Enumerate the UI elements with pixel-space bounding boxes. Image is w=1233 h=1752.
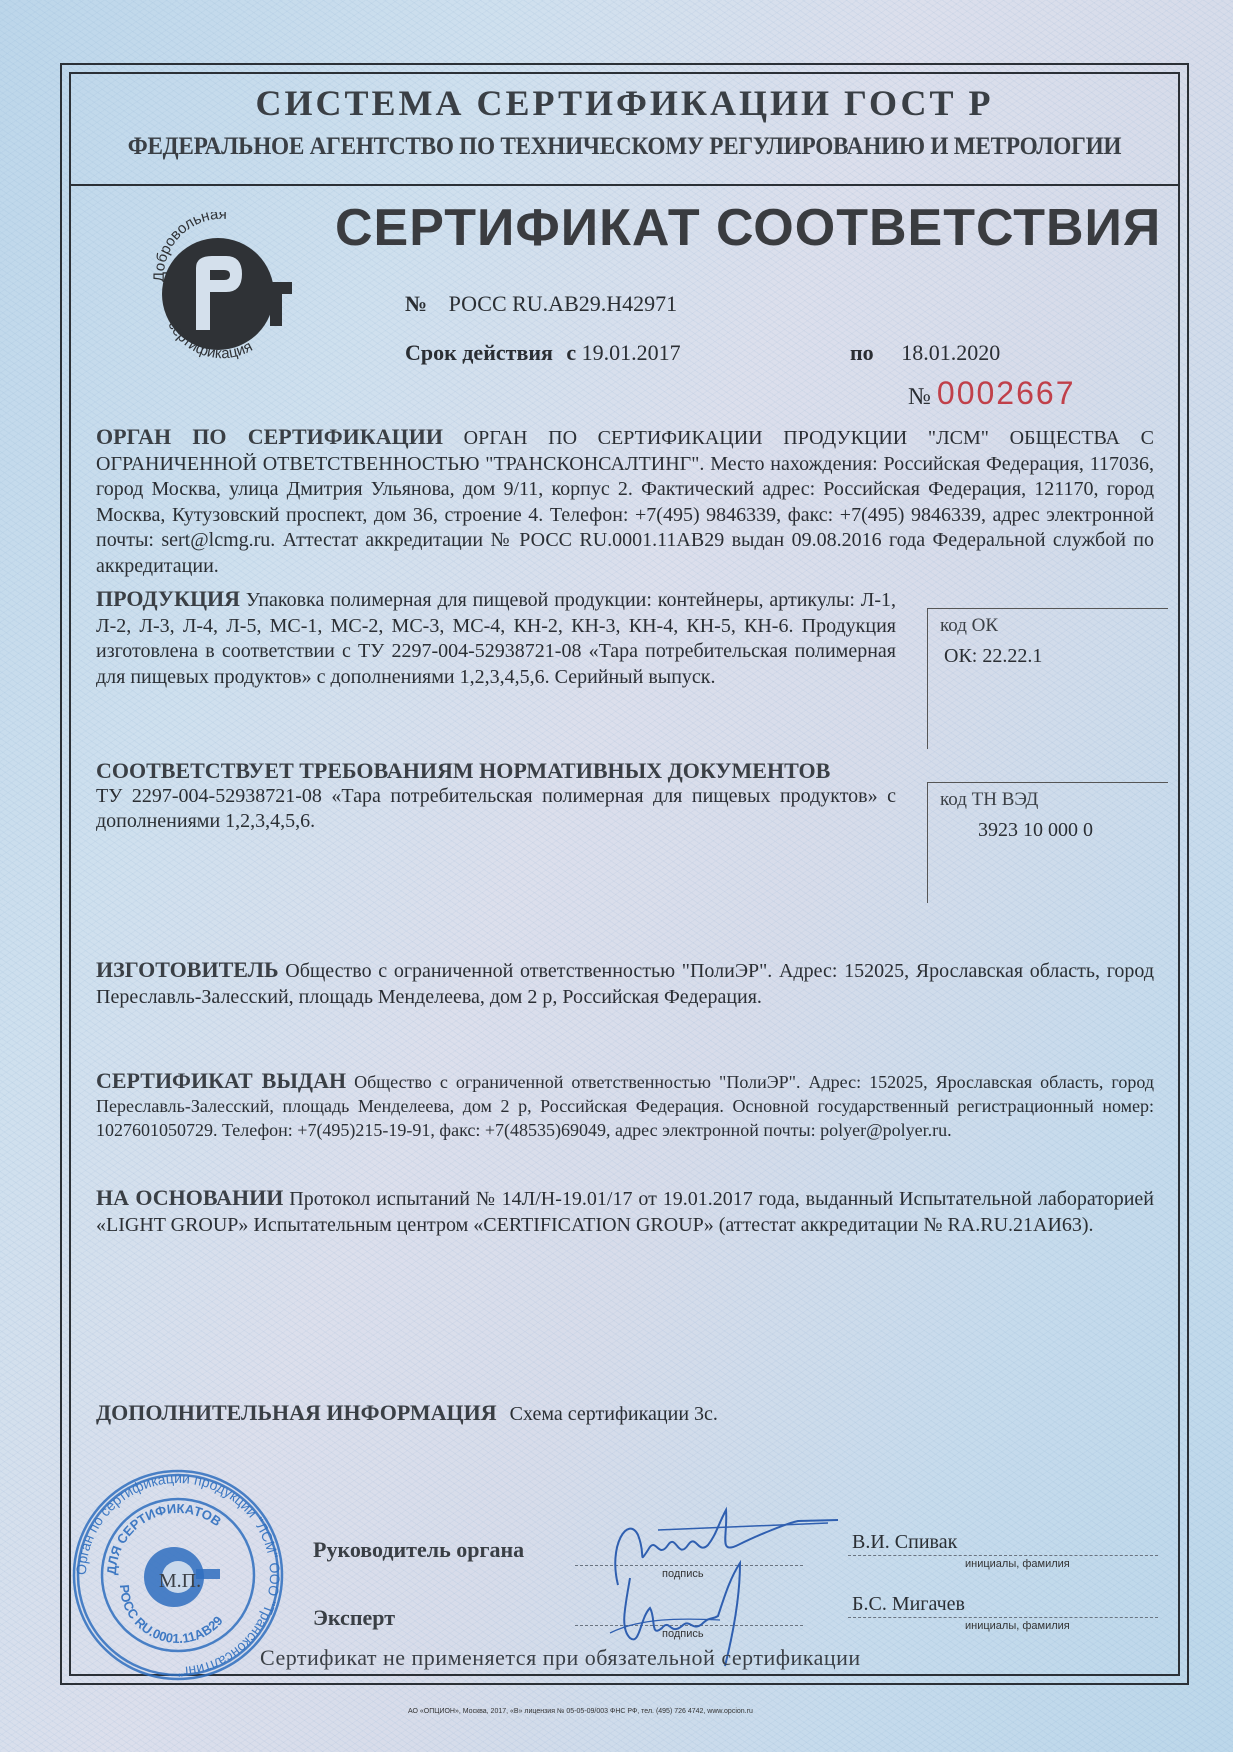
validity-period: Срок действия с 19.01.2017 по 18.01.2020: [405, 340, 681, 366]
validity-label: Срок действия: [405, 340, 553, 365]
section-issued-to: СЕРТИФИКАТ ВЫДАН Общество с ограниченной…: [96, 1069, 1154, 1142]
seal-stamp-icon: Орган по сертификации продукции "ЛСМ" ОО…: [68, 1465, 288, 1685]
expert-name: Б.С. Мигачев: [852, 1593, 965, 1616]
gost-r-logo-icon: Добровольная сертификация: [146, 212, 298, 364]
expert-signature-caption: подпись: [662, 1628, 704, 1640]
section-additional-info: ДОПОЛНИТЕЛЬНАЯ ИНФОРМАЦИЯ Схема сертифик…: [96, 1400, 1154, 1428]
certificate-number: № РОСС RU.АВ29.Н42971: [405, 291, 677, 317]
head-label: Руководитель органа: [313, 1537, 524, 1563]
section-text: ОРГАН ПО СЕРТИФИКАЦИИ ПРОДУКЦИИ "ЛСМ" ОБ…: [96, 427, 1154, 577]
printer-imprint: АО «ОПЦИОН», Москва, 2017, «В» лицензия …: [408, 1708, 753, 1715]
serial-sign: №: [908, 384, 931, 410]
section-conformity: СООТВЕТСТВУЕТ ТРЕБОВАНИЯМ НОРМАТИВНЫХ ДО…: [96, 758, 896, 835]
expert-label: Эксперт: [313, 1605, 395, 1631]
tnved-code-label: код ТН ВЭД: [940, 789, 1168, 811]
expert-name-line: [848, 1617, 1158, 1618]
certificate-number-value: РОСС RU.АВ29.Н42971: [449, 291, 678, 316]
tnved-code-box: код ТН ВЭД 3923 10 000 0: [927, 782, 1168, 903]
to-group: по 18.01.2020: [850, 340, 1000, 366]
system-title: СИСТЕМА СЕРТИФИКАЦИИ ГОСТ Р: [69, 82, 1180, 124]
section-heading: ДОПОЛНИТЕЛЬНАЯ ИНФОРМАЦИЯ: [96, 1400, 497, 1425]
to-date: 18.01.2020: [901, 340, 1000, 365]
from-date: 19.01.2017: [582, 340, 681, 365]
section-heading: ИЗГОТОВИТЕЛЬ: [96, 957, 279, 982]
section-product: ПРОДУКЦИЯ Упаковка полимерная для пищево…: [96, 586, 896, 690]
footer-note: Сертификат не применяется при обязательн…: [260, 1645, 861, 1671]
to-label: по: [850, 340, 874, 365]
head-name-line: [848, 1555, 1158, 1556]
ok-code-value: ОК: 22.22.1: [944, 645, 1168, 668]
section-certification-body: ОРГАН ПО СЕРТИФИКАЦИИ ОРГАН ПО СЕРТИФИКА…: [96, 424, 1154, 579]
ok-code-box: код ОК ОК: 22.22.1: [927, 608, 1168, 749]
section-heading: СООТВЕТСТВУЕТ ТРЕБОВАНИЯМ НОРМАТИВНЫХ ДО…: [96, 758, 896, 784]
head-name-caption: инициалы, фамилия: [965, 1558, 1070, 1570]
header-divider: [69, 184, 1180, 186]
serial-number: № 0002667: [908, 375, 1075, 412]
ok-code-label: код ОК: [940, 615, 1168, 637]
head-name: В.И. Спивак: [852, 1531, 957, 1554]
section-text: ТУ 2297-004-52938721-08 «Тара потребител…: [96, 784, 896, 835]
section-heading: НА ОСНОВАНИИ: [96, 1185, 283, 1210]
section-manufacturer: ИЗГОТОВИТЕЛЬ Общество с ограниченной отв…: [96, 957, 1154, 1010]
section-heading: СЕРТИФИКАТ ВЫДАН: [96, 1068, 346, 1093]
section-heading: ПРОДУКЦИЯ: [96, 586, 240, 611]
tnved-code-value: 3923 10 000 0: [978, 819, 1168, 842]
section-text: Схема сертификации 3с.: [510, 1403, 718, 1425]
expert-name-caption: инициалы, фамилия: [965, 1620, 1070, 1632]
section-basis: НА ОСНОВАНИИ Протокол испытаний № 14Л/Н-…: [96, 1185, 1154, 1238]
svg-text:М.П.: М.П.: [159, 1570, 201, 1592]
from-label: с: [566, 340, 576, 365]
certificate-title: СЕРТИФИКАТ СООТВЕТСТВИЯ: [335, 198, 1161, 258]
agency-title: ФЕДЕРАЛЬНОЕ АГЕНТСТВО ПО ТЕХНИЧЕСКОМУ РЕ…: [108, 133, 1141, 161]
serial-value: 0002667: [937, 375, 1076, 411]
number-sign: №: [405, 291, 427, 316]
section-heading: ОРГАН ПО СЕРТИФИКАЦИИ: [96, 424, 443, 449]
